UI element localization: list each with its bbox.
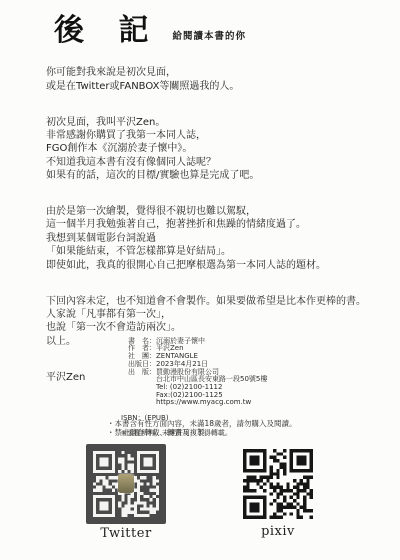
paragraph: 你可能對我來說是初次見面， 或是在Twitter或FANBOX等關照過我的人。 xyxy=(46,66,380,93)
twitter-qr-label: Twitter xyxy=(86,526,166,541)
adult-content-notices: ・本書含有性方面內容，未滿18歲者，請勿購入及閱讀。 ・禁止擅自轉載、轉賣及複製… xyxy=(107,420,297,438)
paragraph: 初次見面，我叫平沢Zen。 非常感謝你購買了我第一本同人誌， FGO創作本《沉溺… xyxy=(46,116,380,183)
page-subtitle: 給閱讀本書的你 xyxy=(172,28,246,46)
pixiv-qr-code xyxy=(243,449,313,519)
afterword-page: 後 記 給閱讀本書的你 你可能對我來說是初次見面， 或是在Twitter或FAN… xyxy=(0,0,400,560)
colophon-publication-info: 書 名：沉溺於妻子懷中 作 者：平沢Zen 社 團：ZENTANGLE 出版日：… xyxy=(128,338,267,407)
pixiv-qr-label: pixiv xyxy=(243,524,313,539)
paragraph: 由於是第一次繪製，覺得很不親切也難以駕馭， 這一個半月我勉強著自己，抱著挫折和焦… xyxy=(46,205,380,272)
avatar xyxy=(118,474,134,493)
pixiv-qr-svg xyxy=(243,449,313,519)
twitter-qr-code xyxy=(86,444,166,524)
page-title: 後 記 xyxy=(54,16,160,46)
page-header: 後 記 給閱讀本書的你 xyxy=(54,16,246,46)
